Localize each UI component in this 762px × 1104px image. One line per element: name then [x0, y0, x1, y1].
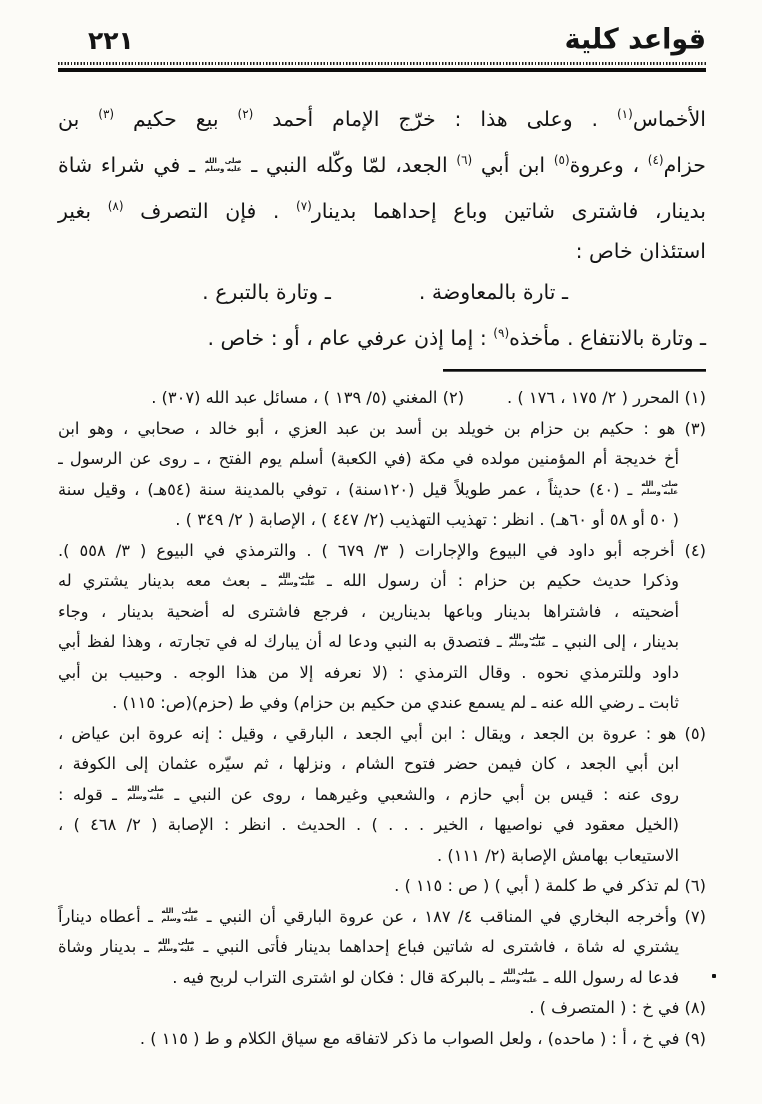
body-line-1: الأخماس(١) . وعلى هذا : خرّج الإمام أحمد…: [58, 94, 706, 140]
footnote-line: (الخيل معقود في نواصيها ، الخير . . . ) …: [58, 810, 706, 841]
sallallahu-alayhi-wasallam-icon: صلى اللهعليه وسلم: [204, 158, 243, 173]
footnote-line: (١) المحرر ( ٢/ ١٧٥ ، ١٧٦ ) . (٢) المغني…: [58, 383, 706, 414]
footnote-line: (٧) وأخرجه البخاري في المناقب ٤/ ١٨٧ ، ع…: [58, 902, 706, 933]
footnote-line: ( ٥٠ أو ٥٨ أو ٦٠هـ) . انظر : تهذيب التهذ…: [58, 505, 706, 536]
footnote-line: ابن أبي الجعد ، كان فيمن حضر فتوح الشام …: [58, 749, 706, 780]
footnote-line: صلى اللهعليه وسلم ـ (٤٠) حديثاً ، عمر طو…: [58, 475, 706, 506]
book-title: قواعد كلية: [565, 23, 706, 56]
sallallahu-alayhi-wasallam-icon: صلى اللهعليه وسلم: [126, 786, 165, 801]
page-number: ٢٢١: [88, 26, 134, 55]
body-line-4: استئذان خاص :: [58, 231, 706, 272]
footnote-line: (٨) في خ : ( المتصرف ) .: [58, 993, 706, 1024]
sallallahu-alayhi-wasallam-icon: صلى اللهعليه وسلم: [277, 573, 316, 588]
enumeration-row: ـ تارة بالمعاوضة . ـ وتارة بالتبرع .: [58, 272, 706, 313]
header-rule-dotted: [58, 62, 706, 65]
footnote-line: (٥) هو : عروة بن الجعد ، ويقال : ابن أبي…: [58, 719, 706, 750]
footnote-separator: [443, 369, 706, 372]
page: قواعد كلية ٢٢١ الأخماس(١) . وعلى هذا : خ…: [0, 0, 762, 1104]
footnote-line: أخ خديجة أم المؤمنين مولده في مكة (في ال…: [58, 444, 706, 475]
body-line-6: ـ وتارة بالانتفاع . مأخذه(٩) : إما إذن ع…: [58, 313, 706, 359]
sallallahu-alayhi-wasallam-icon: صلى اللهعليه وسلم: [500, 969, 539, 984]
enumeration-item-right: ـ تارة بالمعاوضة .: [419, 272, 568, 313]
footnote-line: (٤) أخرجه أبو داود في البيوع والإجارات (…: [58, 536, 706, 567]
sallallahu-alayhi-wasallam-icon: صلى اللهعليه وسلم: [160, 908, 199, 923]
sallallahu-alayhi-wasallam-icon: صلى اللهعليه وسلم: [157, 939, 196, 954]
footnote-line: فدعا له رسول الله ـ صلى اللهعليه وسلم ـ …: [58, 963, 706, 994]
header-rule-solid: [58, 68, 706, 72]
footnote-line: يشتري له شاة ، فاشترى له شاتين فباع إحدا…: [58, 932, 706, 963]
footnote-line: وذكرا حديث حكيم بن حزام : أن رسول الله ـ…: [58, 566, 706, 597]
ink-speck: [712, 974, 716, 978]
footnote-line: ثابت ـ رضي الله عنه ـ لم يسمع عندي من حك…: [58, 688, 706, 719]
sallallahu-alayhi-wasallam-icon: صلى اللهعليه وسلم: [508, 634, 547, 649]
footnote-line: الاستيعاب بهامش الإصابة (٢/ ١١١) .: [58, 841, 706, 872]
body-line-3: بدينار، فاشترى شاتين وباع إحداهما بدينار…: [58, 186, 706, 232]
footnote-line: (٩) في خ ، أ : ( ماحده) ، ولعل الصواب ما…: [58, 1024, 706, 1055]
page-header: قواعد كلية ٢٢١: [58, 24, 706, 55]
footnote-line: (٦) لم تذكر في ط كلمة ( أبي ) ( ص : ١١٥ …: [58, 871, 706, 902]
footnote-line: بدينار ، إلى النبي ـ صلى اللهعليه وسلم ـ…: [58, 627, 706, 658]
footnote-list: (١) المحرر ( ٢/ ١٧٥ ، ١٧٦ ) . (٢) المغني…: [58, 383, 706, 1054]
footnote-line: أضحيته ، فاشتراها بدينار وباعها بدينارين…: [58, 597, 706, 628]
body-text: الأخماس(١) . وعلى هذا : خرّج الإمام أحمد…: [58, 94, 706, 359]
sallallahu-alayhi-wasallam-icon: صلى اللهعليه وسلم: [640, 481, 679, 496]
body-line-2: حزام(٤) ، وعروة(٥) ابن أبي (٦) الجعد، لم…: [58, 140, 706, 186]
footnote-line: روى عنه : قيس بن أبي حازم ، والشعبي وغير…: [58, 780, 706, 811]
footnote-line: (٣) هو : حكيم بن حزام بن خويلد بن أسد بن…: [58, 414, 706, 445]
footnote-line: داود وللترمذي نحوه . وقال الترمذي : (لا …: [58, 658, 706, 689]
enumeration-item-left: ـ وتارة بالتبرع .: [202, 272, 331, 313]
